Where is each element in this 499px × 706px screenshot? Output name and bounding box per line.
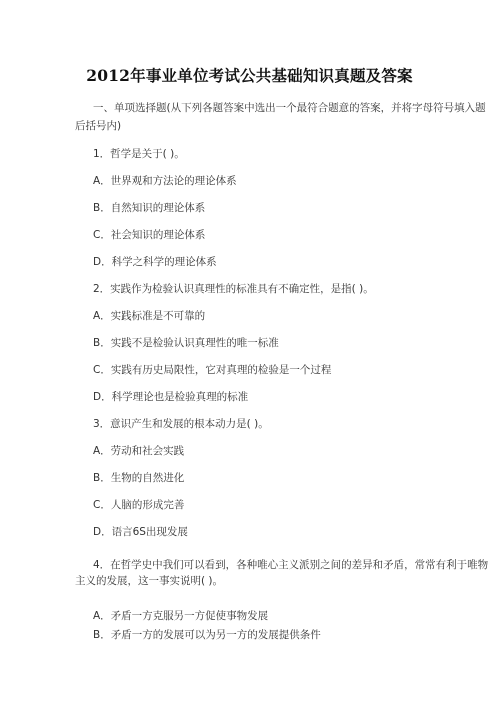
question-1-option-a: A．世界观和方法论的理论体系 (93, 173, 237, 188)
question-3-option-b: B．生物的自然进化 (93, 470, 184, 485)
section-intro-line1: 一、单项选择题(从下列各题答案中选出一个最符合题意的答案，并将字母符号填入题 (93, 100, 486, 115)
question-1-option-c: C．社会知识的理论体系 (93, 227, 205, 242)
question-1-option-d: D．科学之科学的理论体系 (93, 254, 217, 269)
document-title: 2012年事业单位考试公共基础知识真题及答案 (0, 64, 499, 86)
section-intro-line2: 后括号内) (75, 118, 121, 133)
question-1-option-b: B．自然知识的理论体系 (93, 200, 205, 215)
question-3-option-a: A．劳动和社会实践 (93, 443, 184, 458)
question-3-stem: 3．意识产生和发展的根本动力是( )。 (93, 416, 269, 431)
question-2-stem: 2．实践作为检验认识真理性的标准具有不确定性，是指( )。 (93, 281, 374, 296)
question-1-stem: 1．哲学是关于( )。 (93, 146, 185, 161)
question-3-option-d: D．语言6S出现发展 (93, 524, 188, 539)
question-2-option-d: D．科学理论也是检验真理的标准 (93, 389, 248, 404)
question-2-option-b: B．实践不是检验认识真理性的唯一标准 (93, 335, 279, 350)
question-2-option-a: A．实践标准是不可靠的 (93, 308, 205, 323)
question-4-stem-line1: 4．在哲学史中我们可以看到，各种唯心主义派别之间的差异和矛盾，常常有利于唯物 (93, 557, 488, 572)
question-4-option-a: A．矛盾一方克服另一方促使事物发展 (93, 608, 268, 623)
question-4-option-b: B．矛盾一方的发展可以为另一方的发展提供条件 (93, 627, 321, 642)
question-3-option-c: C．人脑的形成完善 (93, 497, 184, 512)
question-4-stem-line2: 主义的发展，这一事实说明( )。 (75, 573, 223, 588)
question-2-option-c: C．实践有历史局限性，它对真理的检验是一个过程 (93, 362, 331, 377)
